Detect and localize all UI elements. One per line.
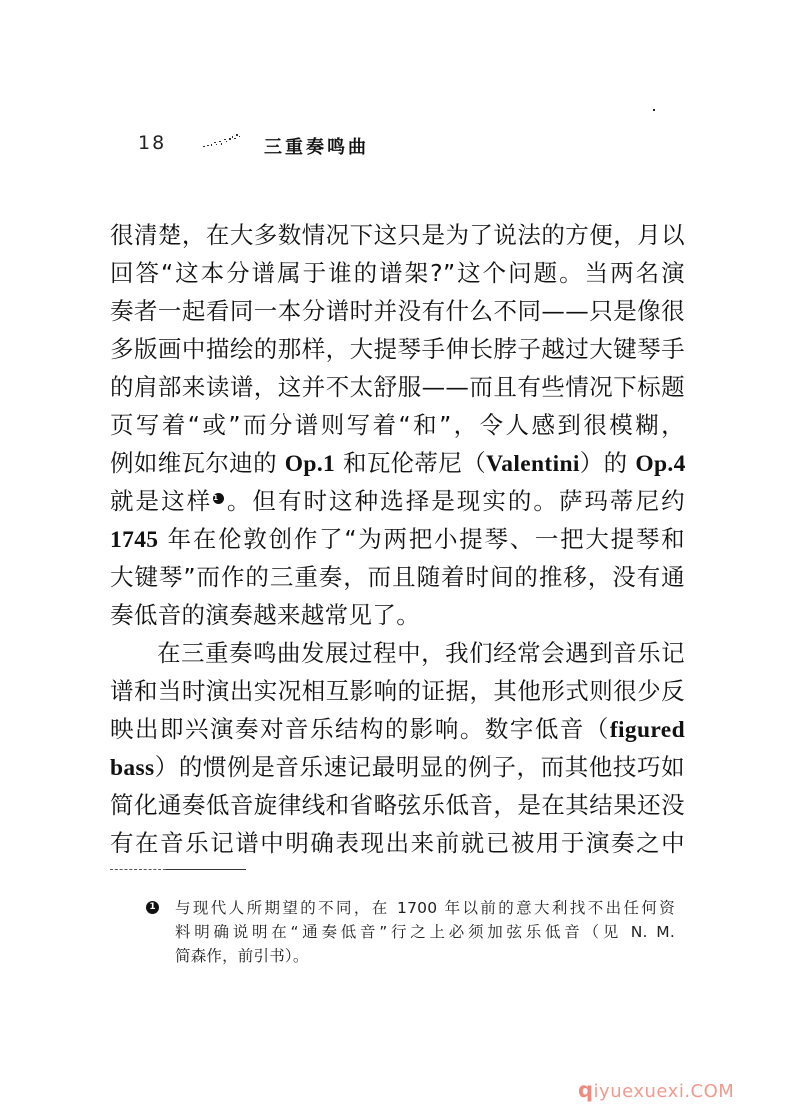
opus-reference: Op.4 [635,451,685,477]
text-segment: 。但有时这种选择是现实的。萨玛蒂尼约 [225,487,685,515]
year: 1745 [110,527,158,553]
text-line: 大键琴”而作的三重奏，而且随着时间的推移，没有通 [110,558,685,596]
watermark-logo-letter: q [578,1078,594,1102]
book-page: 18 三重奏鸣曲 很清楚，在大多数情况下这只是为了说法的方便 [0,0,794,1120]
footnote-reference[interactable]: 1 [213,493,224,504]
text-segment: 年在伦敦创作了“为两把小提琴、一把大提琴和 [158,525,685,553]
text-line: 回答“这本分谱属于谁的谱架?”这个问题。当两名演 [110,254,685,292]
text-line: 多版画中描绘的那样，大提琴手伸长脖子越过大键琴手 [110,330,685,368]
footnote-line: 简森作，前引书）。 [175,944,675,968]
text-segment: ）的 [580,449,636,477]
footnote-divider-dashes [110,869,166,870]
composer-name: Valentini [486,451,580,477]
text-segment: 和瓦伦蒂尼（ [335,449,486,477]
text-line: 1745 年在伦敦创作了“为两把小提琴、一把大提琴和 [110,520,685,558]
text-segment: 映出即兴演奏对音乐结构的影响。数字低音（ [110,715,610,743]
term: bass [110,755,155,781]
text-line: 简化通奏低音旋律线和省略弦乐低音，是在其结果还没 [110,786,685,824]
text-line: 的肩部来读谱，这并不太舒服——而且有些情况下标题 [110,368,685,406]
text-segment: 就是这样 [110,487,212,515]
text-line: 奏者一起看同一本分谱时并没有什么不同——只是像很 [110,292,685,330]
text-segment: 例如维瓦尔迪的 [110,449,285,477]
text-line: 在三重奏鸣曲发展过程中，我们经常会遇到音乐记 [110,634,685,672]
footnote-divider [110,869,246,870]
scan-speck [653,109,655,111]
footnote-line: 与现代人所期望的不同，在 1700 年以前的意大利找不出任何资 [175,896,675,920]
text-line: 很清楚，在大多数情况下这只是为了说法的方便，月以 [110,216,685,254]
body-text: 很清楚，在大多数情况下这只是为了说法的方便，月以 回答“这本分谱属于谁的谱架?”… [110,216,685,862]
opus-reference: Op.1 [285,451,335,477]
text-line: 就是这样1。但有时这种选择是现实的。萨玛蒂尼约 [110,482,685,520]
term: figured [610,717,685,743]
text-line: 奏低音的演奏越来越常见了。 [110,596,685,634]
text-line: 谱和当时演出实况相互影响的证据，其他形式则很少反 [110,672,685,710]
text-segment: ）的惯例是音乐速记最明显的例子，而其他技巧如 [155,753,685,781]
page-header: 18 三重奏鸣曲 [138,130,538,160]
text-line: 例如维瓦尔迪的 Op.1 和瓦伦蒂尼（Valentini）的 Op.4 [110,444,685,482]
footnote-line: 料明确说明在“通奏低音”行之上必须加弦乐低音（见 N. M. [175,920,675,944]
site-watermark: qiyuexuexi.COM [578,1078,734,1102]
footnote-text: 与现代人所期望的不同，在 1700 年以前的意大利找不出任何资 料明确说明在“通… [175,896,675,968]
page-number: 18 [138,132,166,154]
running-title: 三重奏鸣曲 [264,133,369,159]
text-line: 页写着“或”而分谱则写着“和”，令人感到很模糊， [110,406,685,444]
ornament-icon [201,130,245,150]
text-line: 有在音乐记谱中明确表现出来前就已被用于演奏之中 [110,824,685,862]
watermark-text: iyuexuexi.COM [594,1081,735,1102]
text-line: bass）的惯例是音乐速记最明显的例子，而其他技巧如 [110,748,685,786]
footnote-marker-icon: 1 [146,901,159,914]
text-line: 映出即兴演奏对音乐结构的影响。数字低音（figured [110,710,685,748]
